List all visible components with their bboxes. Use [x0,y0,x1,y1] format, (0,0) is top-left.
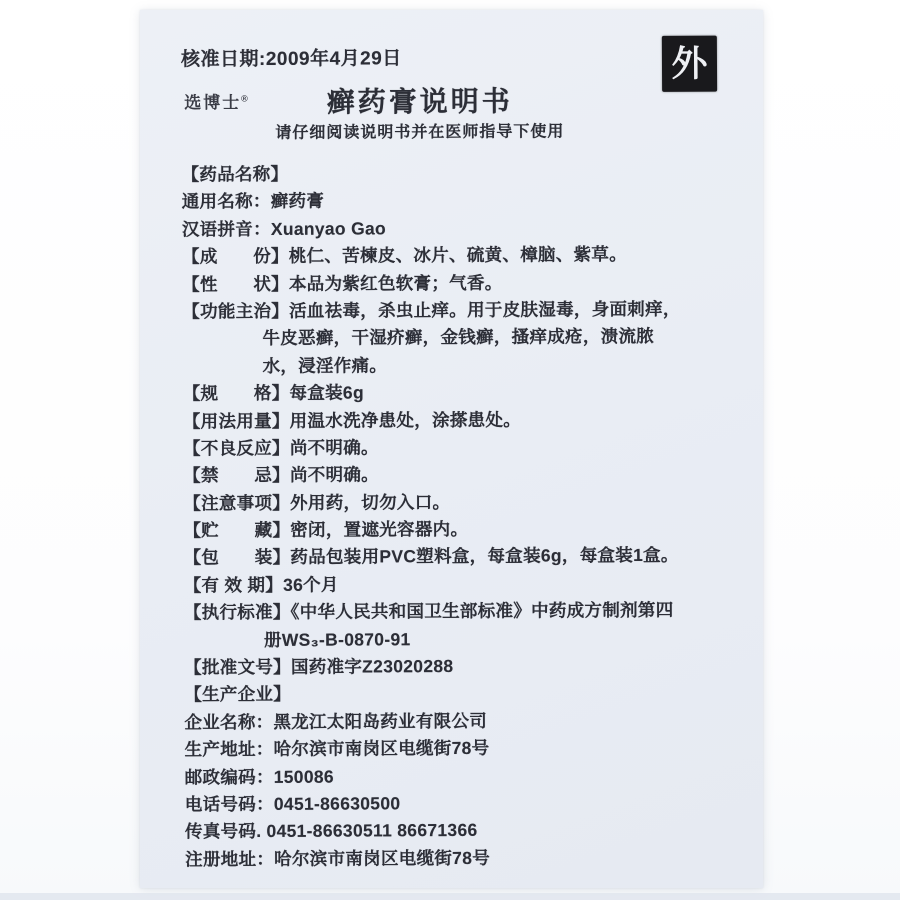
line-contraindications: 【禁 忌】尚不明确。 [183,460,747,490]
insert-paper: 核准日期:2009年4月29日 选博士® 癣药膏说明书 请仔细阅读说明书并在医师… [140,10,763,888]
external-use-badge: 外 [662,36,717,92]
line-specification: 【规 格】每盒装6g [183,378,747,408]
line-pinyin: 汉语拼音：Xuanyao Gao [182,213,746,243]
line-indications-3: 水，浸淫作痛。 [182,350,746,380]
insert-body: 【药品名称】 通用名称：癣药膏 汉语拼音：Xuanyao Gao 【成 份】桃仁… [181,158,749,873]
package-insert-photo: 核准日期:2009年4月29日 选博士® 癣药膏说明书 请仔细阅读说明书并在医师… [0,0,900,900]
line-production-address: 生产地址：哈尔滨市南岗区电缆街78号 [185,734,749,764]
photo-bottom-edge [0,893,900,900]
line-phone-number: 电话号码：0451-86630500 [185,788,749,818]
line-company-name: 企业名称：黑龙江太阳岛药业有限公司 [184,706,748,736]
insert-paper-content: 核准日期:2009年4月29日 选博士® 癣药膏说明书 请仔细阅读说明书并在医师… [138,8,766,889]
line-approval-number: 【批准文号】国药准字Z23020288 [184,651,748,681]
line-precautions: 【注意事项】外用药，切勿入口。 [183,487,747,517]
line-ingredients: 【成 份】桃仁、苦楝皮、冰片、硫黄、樟脑、紫草。 [182,241,746,271]
line-dosage: 【用法用量】用温水洗净患处，涂搽患处。 [183,405,747,435]
approval-date: 核准日期:2009年4月29日 [181,43,402,71]
line-storage: 【贮 藏】密闭，置遮光容器内。 [183,515,747,545]
document-title: 癣药膏说明书 [138,79,701,122]
line-description: 【性 状】本品为紫红色软膏；气香。 [182,268,746,298]
line-validity-period: 【有 效 期】36个月 [184,569,748,599]
line-registered-address: 注册地址：哈尔滨市南岗区电缆街78号 [185,843,749,873]
line-indications-1: 【功能主治】活血祛毒，杀虫止痒。用于皮肤湿毒，身面刺痒， [182,295,746,325]
usage-notice: 请仔细阅读说明书并在医师指导下使用 [138,118,701,144]
line-manufacturer-header: 【生产企业】 [184,679,748,709]
line-postal-code: 邮政编码：150086 [185,761,749,791]
line-adverse-reactions: 【不良反应】尚不明确。 [183,432,747,462]
line-indications-2: 牛皮恶癣，干湿疥癣，金钱癣，搔痒成疮，溃流脓 [182,323,746,353]
line-fax-number: 传真号码. 0451-86630511 86671366 [185,816,749,846]
line-standard-2: 册WS₃-B-0870-91 [184,624,748,654]
line-standard-1: 【执行标准】《中华人民共和国卫生部标准》中药成方制剂第四 [184,597,748,627]
line-packaging: 【包 装】药品包装用PVC塑料盒，每盒装6g，每盒装1盒。 [183,542,747,572]
line-drug-name-header: 【药品名称】 [181,158,745,188]
line-generic-name: 通用名称：癣药膏 [182,186,746,216]
